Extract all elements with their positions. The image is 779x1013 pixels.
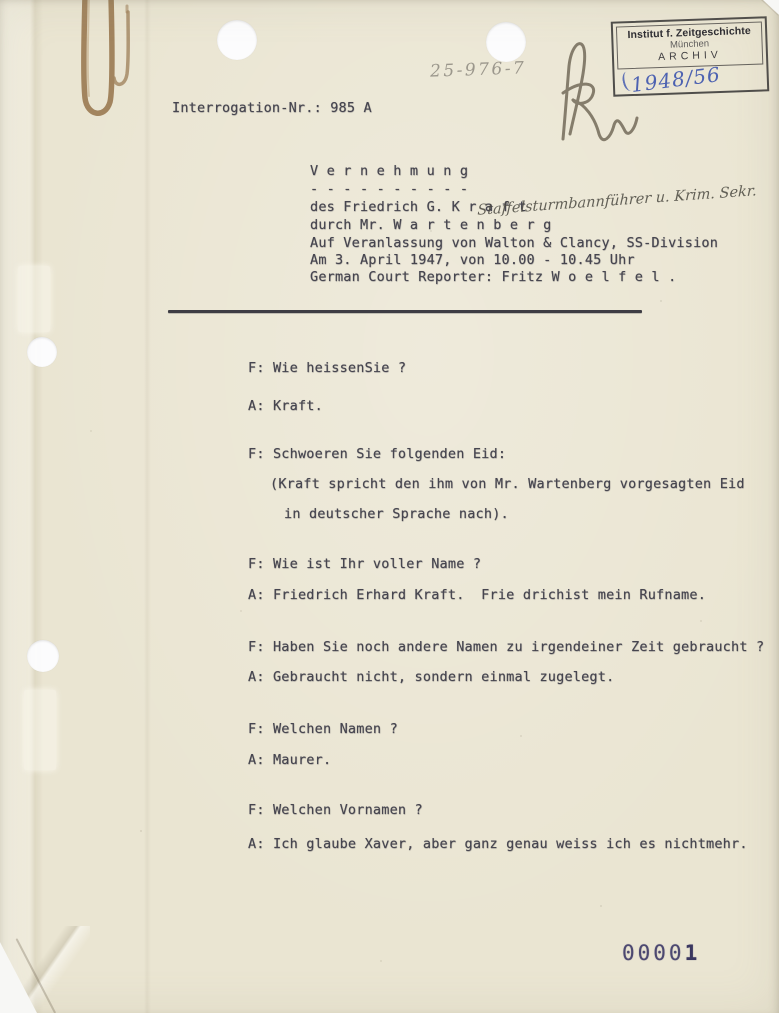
title-underline-dashes: - - - - - - - - - - (310, 181, 468, 197)
handwritten-rank-annotation: Staffelsturmbannführer u. Krim. Sekr. (477, 183, 757, 219)
corner-fold-edge (16, 938, 56, 1013)
qa-line: F: Welchen Vornamen ? (248, 802, 423, 818)
scanned-document-page: Institut f. Zeitgeschichte München ARCHI… (0, 0, 779, 1013)
punch-hole-top-left (217, 20, 257, 60)
qa-line: F: Wie ist Ihr voller Name ? (248, 556, 481, 572)
paperclip-stain (58, 0, 158, 136)
qa-line: F: Haben Sie noch andere Namen zu irgend… (248, 639, 764, 655)
punch-hole-side-upper (27, 337, 57, 367)
interrogator-line: durch Mr. W a r t e n b e r g (310, 217, 552, 233)
qa-line: A: Gebraucht nicht, sondern einmal zugel… (248, 669, 614, 685)
page-number-stamp: 00001 (622, 941, 700, 965)
qa-line: (Kraft spricht den ihm von Mr. Wartenber… (270, 476, 745, 492)
punch-hole-top-right (486, 22, 526, 62)
qa-line: F: Wie heissenSie ? (248, 360, 406, 376)
qa-line: A: Ich glaube Xaver, aber ganz genau wei… (248, 836, 748, 852)
qa-line: A: Friedrich Erhard Kraft. Frie drichist… (248, 587, 706, 603)
title-vernehmung: V e r n e h m u n g (310, 163, 468, 179)
authority-line: Auf Veranlassung von Walton & Clancy, SS… (310, 235, 718, 251)
paper-specks (0, 0, 2, 2)
qa-line: A: Maurer. (248, 752, 331, 768)
qa-line: F: Schwoeren Sie folgenden Eid: (248, 446, 506, 462)
date-line: Am 3. April 1947, von 10.00 - 10.45 Uhr (310, 252, 635, 268)
reporter-line: German Court Reporter: Fritz W o e l f e… (310, 269, 676, 285)
page-number-last-digit: 1 (685, 941, 701, 965)
qa-line: in deutscher Sprache nach). (284, 506, 509, 522)
tape-patch-lower (24, 690, 56, 770)
handwritten-initials (532, 38, 652, 148)
qa-line: A: Kraft. (248, 398, 323, 414)
horizontal-rule (168, 310, 642, 313)
interrogation-number-line: Interrogation-Nr.: 985 A (172, 100, 372, 116)
pencil-catalog-note: 25-976-7 (430, 58, 527, 81)
page-number-zeros: 0000 (622, 941, 685, 965)
top-right-corner-edge (761, 0, 779, 16)
paper-sheet: Institut f. Zeitgeschichte München ARCHI… (0, 0, 779, 1013)
qa-line: F: Welchen Namen ? (248, 721, 398, 737)
punch-hole-side-lower (27, 640, 59, 672)
corner-fold-shade (0, 926, 90, 1013)
tape-patch-upper (18, 266, 50, 332)
